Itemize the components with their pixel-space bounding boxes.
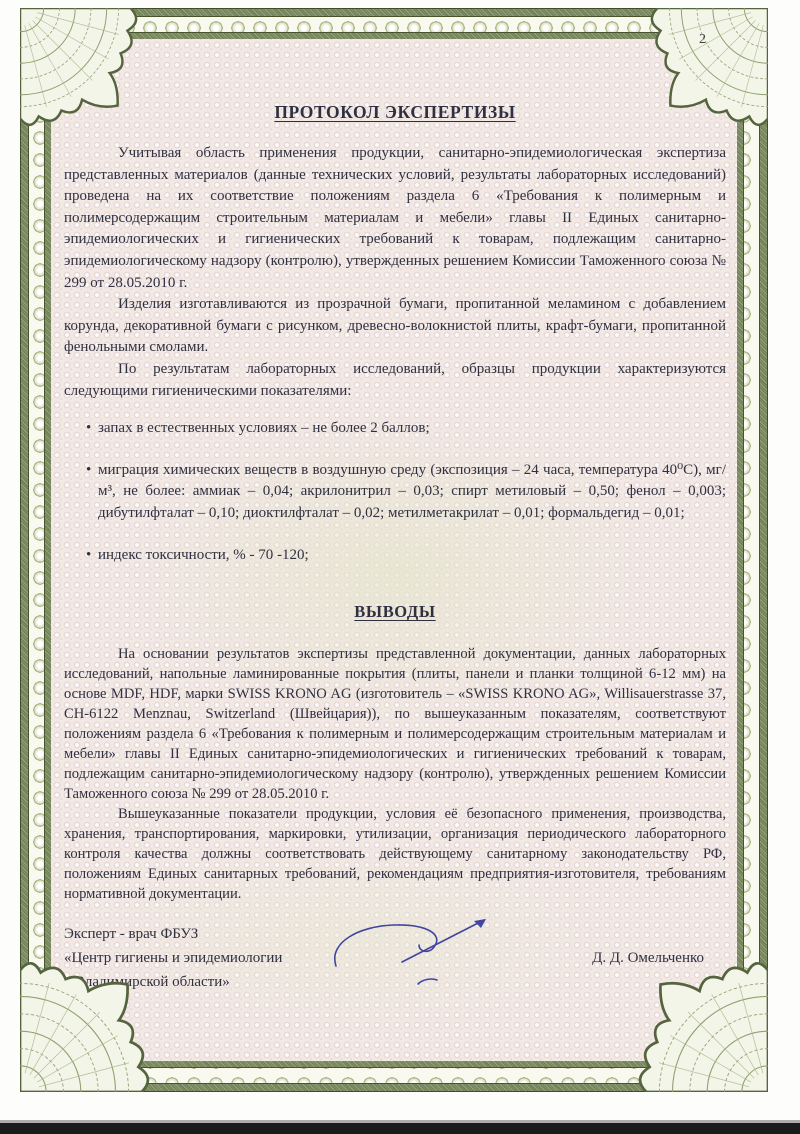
expert-line-3: в Владимирской области» xyxy=(64,970,282,994)
handwritten-signature-ink xyxy=(326,900,586,1015)
expert-title-lines: Эксперт - врач ФБУЗ «Центр гигиены и эпи… xyxy=(64,922,282,994)
bullet-chemical-migration: миграция химических веществ в воздушную … xyxy=(86,460,726,525)
expert-line-2: «Центр гигиены и эпидемиологии xyxy=(64,946,282,970)
guilloche-border-inner: ПРОТОКОЛ ЭКСПЕРТИЗЫ Учитывая область при… xyxy=(44,32,744,1068)
document-title: ПРОТОКОЛ ЭКСПЕРТИЗЫ xyxy=(64,102,726,123)
bullet-odor: запах в естественных условиях – не более… xyxy=(86,418,726,440)
document-body: ПРОТОКОЛ ЭКСПЕРТИЗЫ Учитывая область при… xyxy=(51,39,737,1061)
hygiene-indicators-list: запах в естественных условиях – не более… xyxy=(64,418,726,566)
guilloche-border-pearl-band: ПРОТОКОЛ ЭКСПЕРТИЗЫ Учитывая область при… xyxy=(28,16,760,1084)
bullet-toxicity-index: индекс токсичности, % - 70 -120; xyxy=(86,545,726,567)
paragraph-conclusion-compliance: На основании результатов экспертизы пред… xyxy=(64,644,726,804)
expert-line-1: Эксперт - врач ФБУЗ xyxy=(64,922,282,946)
page-number: 2 xyxy=(699,32,706,48)
certificate-sheet: ПРОТОКОЛ ЭКСПЕРТИЗЫ Учитывая область при… xyxy=(20,8,768,1092)
paragraph-expertise-scope: Учитывая область применения продукции, с… xyxy=(64,143,726,294)
scan-edge-shadow xyxy=(0,1123,800,1134)
paragraph-conclusion-requirements: Вышеуказанные показатели продукции, усло… xyxy=(64,804,726,904)
paragraph-lab-results-intro: По результатам лабораторных исследований… xyxy=(64,359,726,402)
guilloche-border-outer: ПРОТОКОЛ ЭКСПЕРТИЗЫ Учитывая область при… xyxy=(20,8,768,1092)
signature-block: Эксперт - врач ФБУЗ «Центр гигиены и эпи… xyxy=(64,922,726,994)
conclusions-title: ВЫВОДЫ xyxy=(64,602,726,622)
paragraph-product-composition: Изделия изготавливаются из прозрачной бу… xyxy=(64,294,726,359)
scanned-page: ПРОТОКОЛ ЭКСПЕРТИЗЫ Учитывая область при… xyxy=(0,0,800,1134)
expert-name: Д. Д. Омельченко xyxy=(592,950,726,967)
